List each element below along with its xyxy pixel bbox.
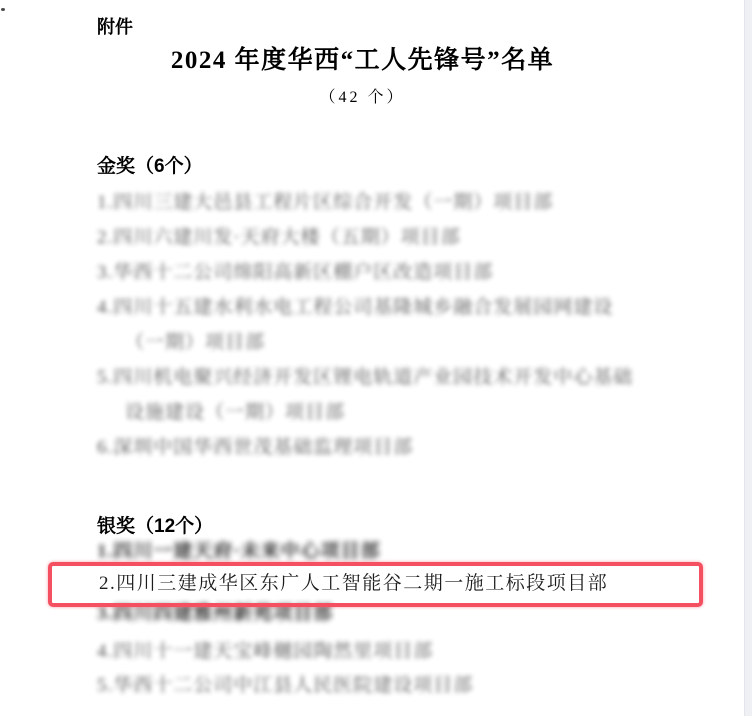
page-subtitle-count: （42 个） xyxy=(40,84,685,107)
list-item: 5.四川机电聚兴经济开发区锂电轨道产业园技术开发中心基础 xyxy=(97,360,697,395)
list-item: 6.深圳中国华西世茂基础监理项目部 xyxy=(97,430,697,465)
list-item: 3.华西十二公司绵阳高新区棚户区改造项目部 xyxy=(97,255,697,290)
list-item: 1.四川三建大邑县工程片区综合开发（一期）项目部 xyxy=(97,185,697,220)
list-item: 4.四川十五建水利水电工程公司基隆城乡融合发展园网建设 xyxy=(97,290,697,325)
gold-award-list: 1.四川三建大邑县工程片区综合开发（一期）项目部 2.四川六建川发·天府大楼（五… xyxy=(97,185,697,465)
list-item-continuation: 设施建设（一期）项目部 xyxy=(97,395,697,430)
section-heading-silver-award: 银奖（12个） xyxy=(97,511,213,538)
section-heading-gold-award: 金奖（6个） xyxy=(97,151,203,178)
list-item-continuation: （一期）项目部 xyxy=(97,325,697,360)
attachment-label: 附件 xyxy=(97,13,133,39)
list-item: 5.华西十二公司中江县人民医院建设项目部 xyxy=(97,675,473,697)
page-title: 2024 年度华西“工人先锋号”名单 xyxy=(40,40,685,76)
document-page: 附件 2024 年度华西“工人先锋号”名单 （42 个） 金奖（6个） 1.四川… xyxy=(0,0,752,716)
list-item: 4.四川十一建天宝峰樾园陶然里项目部 xyxy=(97,641,433,663)
scan-artifact-speck xyxy=(1,8,5,11)
highlighted-list-item: 2.四川三建成华区东广人工智能谷二期一施工标段项目部 xyxy=(99,572,608,596)
list-item: 1.四川一建天府·未来中心项目部 xyxy=(97,541,381,563)
scrollbar-track[interactable] xyxy=(744,0,752,716)
list-item: 2.四川六建川发·天府大楼（五期）项目部 xyxy=(97,220,697,255)
